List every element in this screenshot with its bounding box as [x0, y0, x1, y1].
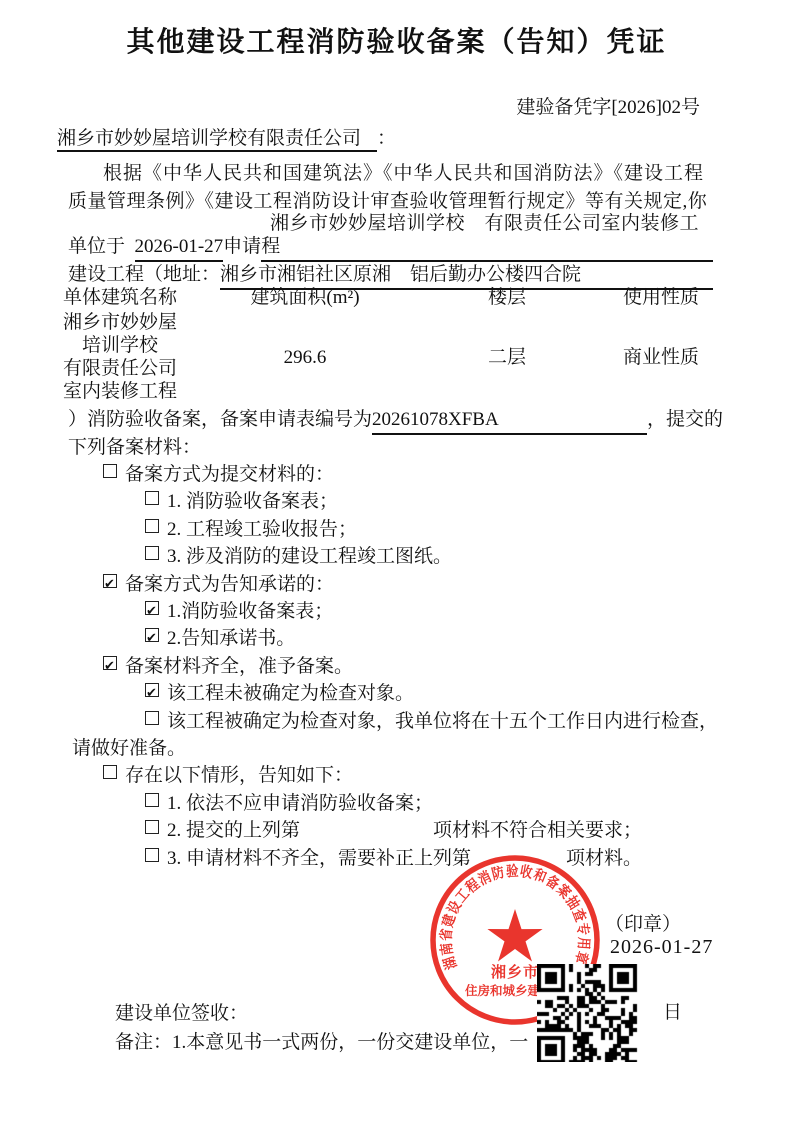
- filing-number: 20261078XFBA: [372, 406, 499, 435]
- checklist-item: 1. 消防验收备案表；: [145, 488, 730, 515]
- cell-area: 296.6: [195, 346, 415, 369]
- checklist-item: 1. 依法不应申请消防验收备案；: [145, 790, 730, 817]
- addressee-colon: ：: [377, 128, 396, 149]
- doc-title: 其他建设工程消防验收备案（告知）凭证: [0, 28, 793, 55]
- building-name-line: 培训学校: [45, 334, 195, 357]
- doc-number: 建验备凭字[2026]02号: [0, 94, 700, 121]
- intro-line-1: 根据《中华人民共和国建筑法》《中华人民共和国消防法》《建设工程: [103, 160, 704, 187]
- checkbox[interactable]: [103, 656, 117, 670]
- checklist-item-label: 3. 涉及消防的建设工程竣工图纸。: [167, 546, 452, 567]
- filing-underline-extension: [499, 406, 647, 435]
- checkbox[interactable]: [145, 711, 159, 725]
- checklist-item-label: 存在以下情形，告知如下：: [125, 765, 353, 786]
- checklist-item: 备案方式为告知承诺的：: [103, 571, 730, 598]
- col-header-usage: 使用性质: [599, 285, 723, 311]
- filing-number-line: ）消防验收备案，备案申请表编号为 20261078XFBA ，提交的: [68, 406, 723, 435]
- checklist-item: 1.消防验收备案表；: [145, 598, 730, 625]
- checklist-item: 2. 工程竣工验收报告；: [145, 516, 730, 543]
- apply-prefix: 单位于: [68, 233, 135, 262]
- addressee-line: 湘乡市妙妙屋培训学校有限责任公司：: [57, 125, 396, 152]
- checkbox[interactable]: [145, 683, 159, 697]
- checkbox[interactable]: [145, 848, 159, 862]
- checkbox[interactable]: [145, 519, 159, 533]
- col-header-name: 单体建筑名称: [45, 285, 195, 311]
- seal-star-icon: [487, 909, 542, 962]
- checklist-item-label: 2. 工程竣工验收报告；: [167, 519, 357, 540]
- filing-line-2: 下列备案材料：: [68, 434, 201, 461]
- checkbox[interactable]: [145, 628, 159, 642]
- checklist-item-label: 1.消防验收备案表；: [167, 601, 333, 622]
- checkbox[interactable]: [103, 765, 117, 779]
- apply-line: 单位于 2026-01-27 申请 程: [68, 233, 713, 262]
- document-page: 其他建设工程消防验收备案（告知）凭证 建验备凭字[2026]02号 湘乡市妙妙屋…: [0, 0, 793, 1122]
- cell-building-name: 湘乡市妙妙屋 培训学校 有限责任公司 室内装修工程: [45, 311, 195, 403]
- sign-receipt-label[interactable]: 建设单位签收：: [115, 1000, 248, 1027]
- checklist-item-label: 1. 消防验收备案表；: [167, 491, 338, 512]
- checklist-item: 2. 提交的上列第 项材料不符合相关要求；: [145, 817, 730, 844]
- filing-suffix: ，提交的: [647, 406, 723, 435]
- checkbox[interactable]: [145, 793, 159, 807]
- date-day-char: 日: [663, 999, 682, 1026]
- cell-floor: 二层: [415, 346, 599, 369]
- checklist-item-label: 2. 提交的上列第 项材料不符合相关要求；: [167, 820, 642, 841]
- remark-line: 备注：1.本意见书一式两份，一份交建设单位，一: [115, 1029, 545, 1056]
- checklist-item: 存在以下情形，告知如下：: [103, 762, 730, 789]
- checklist-item-label: 2.告知承诺书。: [167, 628, 295, 649]
- checkbox[interactable]: [145, 820, 159, 834]
- checklist-item-label: 该工程未被确定为检查对象。: [167, 683, 414, 704]
- apply-suffix: 申请: [223, 233, 261, 262]
- filing-checklist: 备案方式为提交材料的： 1. 消防验收备案表； 2. 工程竣工验收报告； 3. …: [0, 461, 730, 872]
- checkbox[interactable]: [145, 601, 159, 615]
- building-table: 单体建筑名称 建筑面积(m²) 楼层 使用性质 湘乡市妙妙屋 培训学校 有限责任…: [45, 285, 723, 403]
- checklist-item-label: 该工程被确定为检查对象，我单位将在十五个工作日内进行检查，请做好准备。: [72, 711, 718, 759]
- building-name-line: 室内装修工程: [45, 380, 195, 403]
- col-header-floor: 楼层: [415, 285, 599, 311]
- checklist-item: 备案方式为提交材料的：: [103, 461, 730, 488]
- checklist-item-label: 1. 依法不应申请消防验收备案；: [167, 793, 433, 814]
- building-name-line: 湘乡市妙妙屋: [45, 311, 195, 334]
- col-header-area: 建筑面积(m²): [195, 285, 415, 311]
- stamp-date: 2026-01-27: [610, 934, 713, 961]
- qr-code: [537, 964, 638, 1062]
- checkbox[interactable]: [145, 546, 159, 560]
- building-name-line: 有限责任公司: [45, 357, 195, 380]
- checkbox[interactable]: [103, 464, 117, 478]
- cell-usage: 商业性质: [599, 346, 723, 369]
- checklist-item-label: 备案方式为告知承诺的：: [125, 574, 334, 595]
- filing-prefix: ）消防验收备案，备案申请表编号为: [68, 406, 372, 435]
- apply-date: 2026-01-27: [135, 233, 224, 262]
- checklist-item: 3. 涉及消防的建设工程竣工图纸。: [145, 543, 730, 570]
- checklist-item-label: 备案材料齐全，准予备案。: [125, 656, 353, 677]
- checklist-item-label: 备案方式为提交材料的：: [125, 464, 334, 485]
- checkbox[interactable]: [145, 491, 159, 505]
- checklist-item: 该工程被确定为检查对象，我单位将在十五个工作日内进行检查，请做好准备。: [72, 708, 730, 763]
- checkbox[interactable]: [103, 574, 117, 588]
- apply-fill-underline: 程: [261, 233, 713, 262]
- addressee-company: 湘乡市妙妙屋培训学校有限责任公司: [57, 128, 377, 152]
- checklist-item: 2.告知承诺书。: [145, 625, 730, 652]
- checklist-item: 备案材料齐全，准予备案。: [103, 653, 730, 680]
- seal-org-line1: 湘乡市: [491, 963, 539, 981]
- checklist-item: 该工程未被确定为检查对象。: [145, 680, 730, 707]
